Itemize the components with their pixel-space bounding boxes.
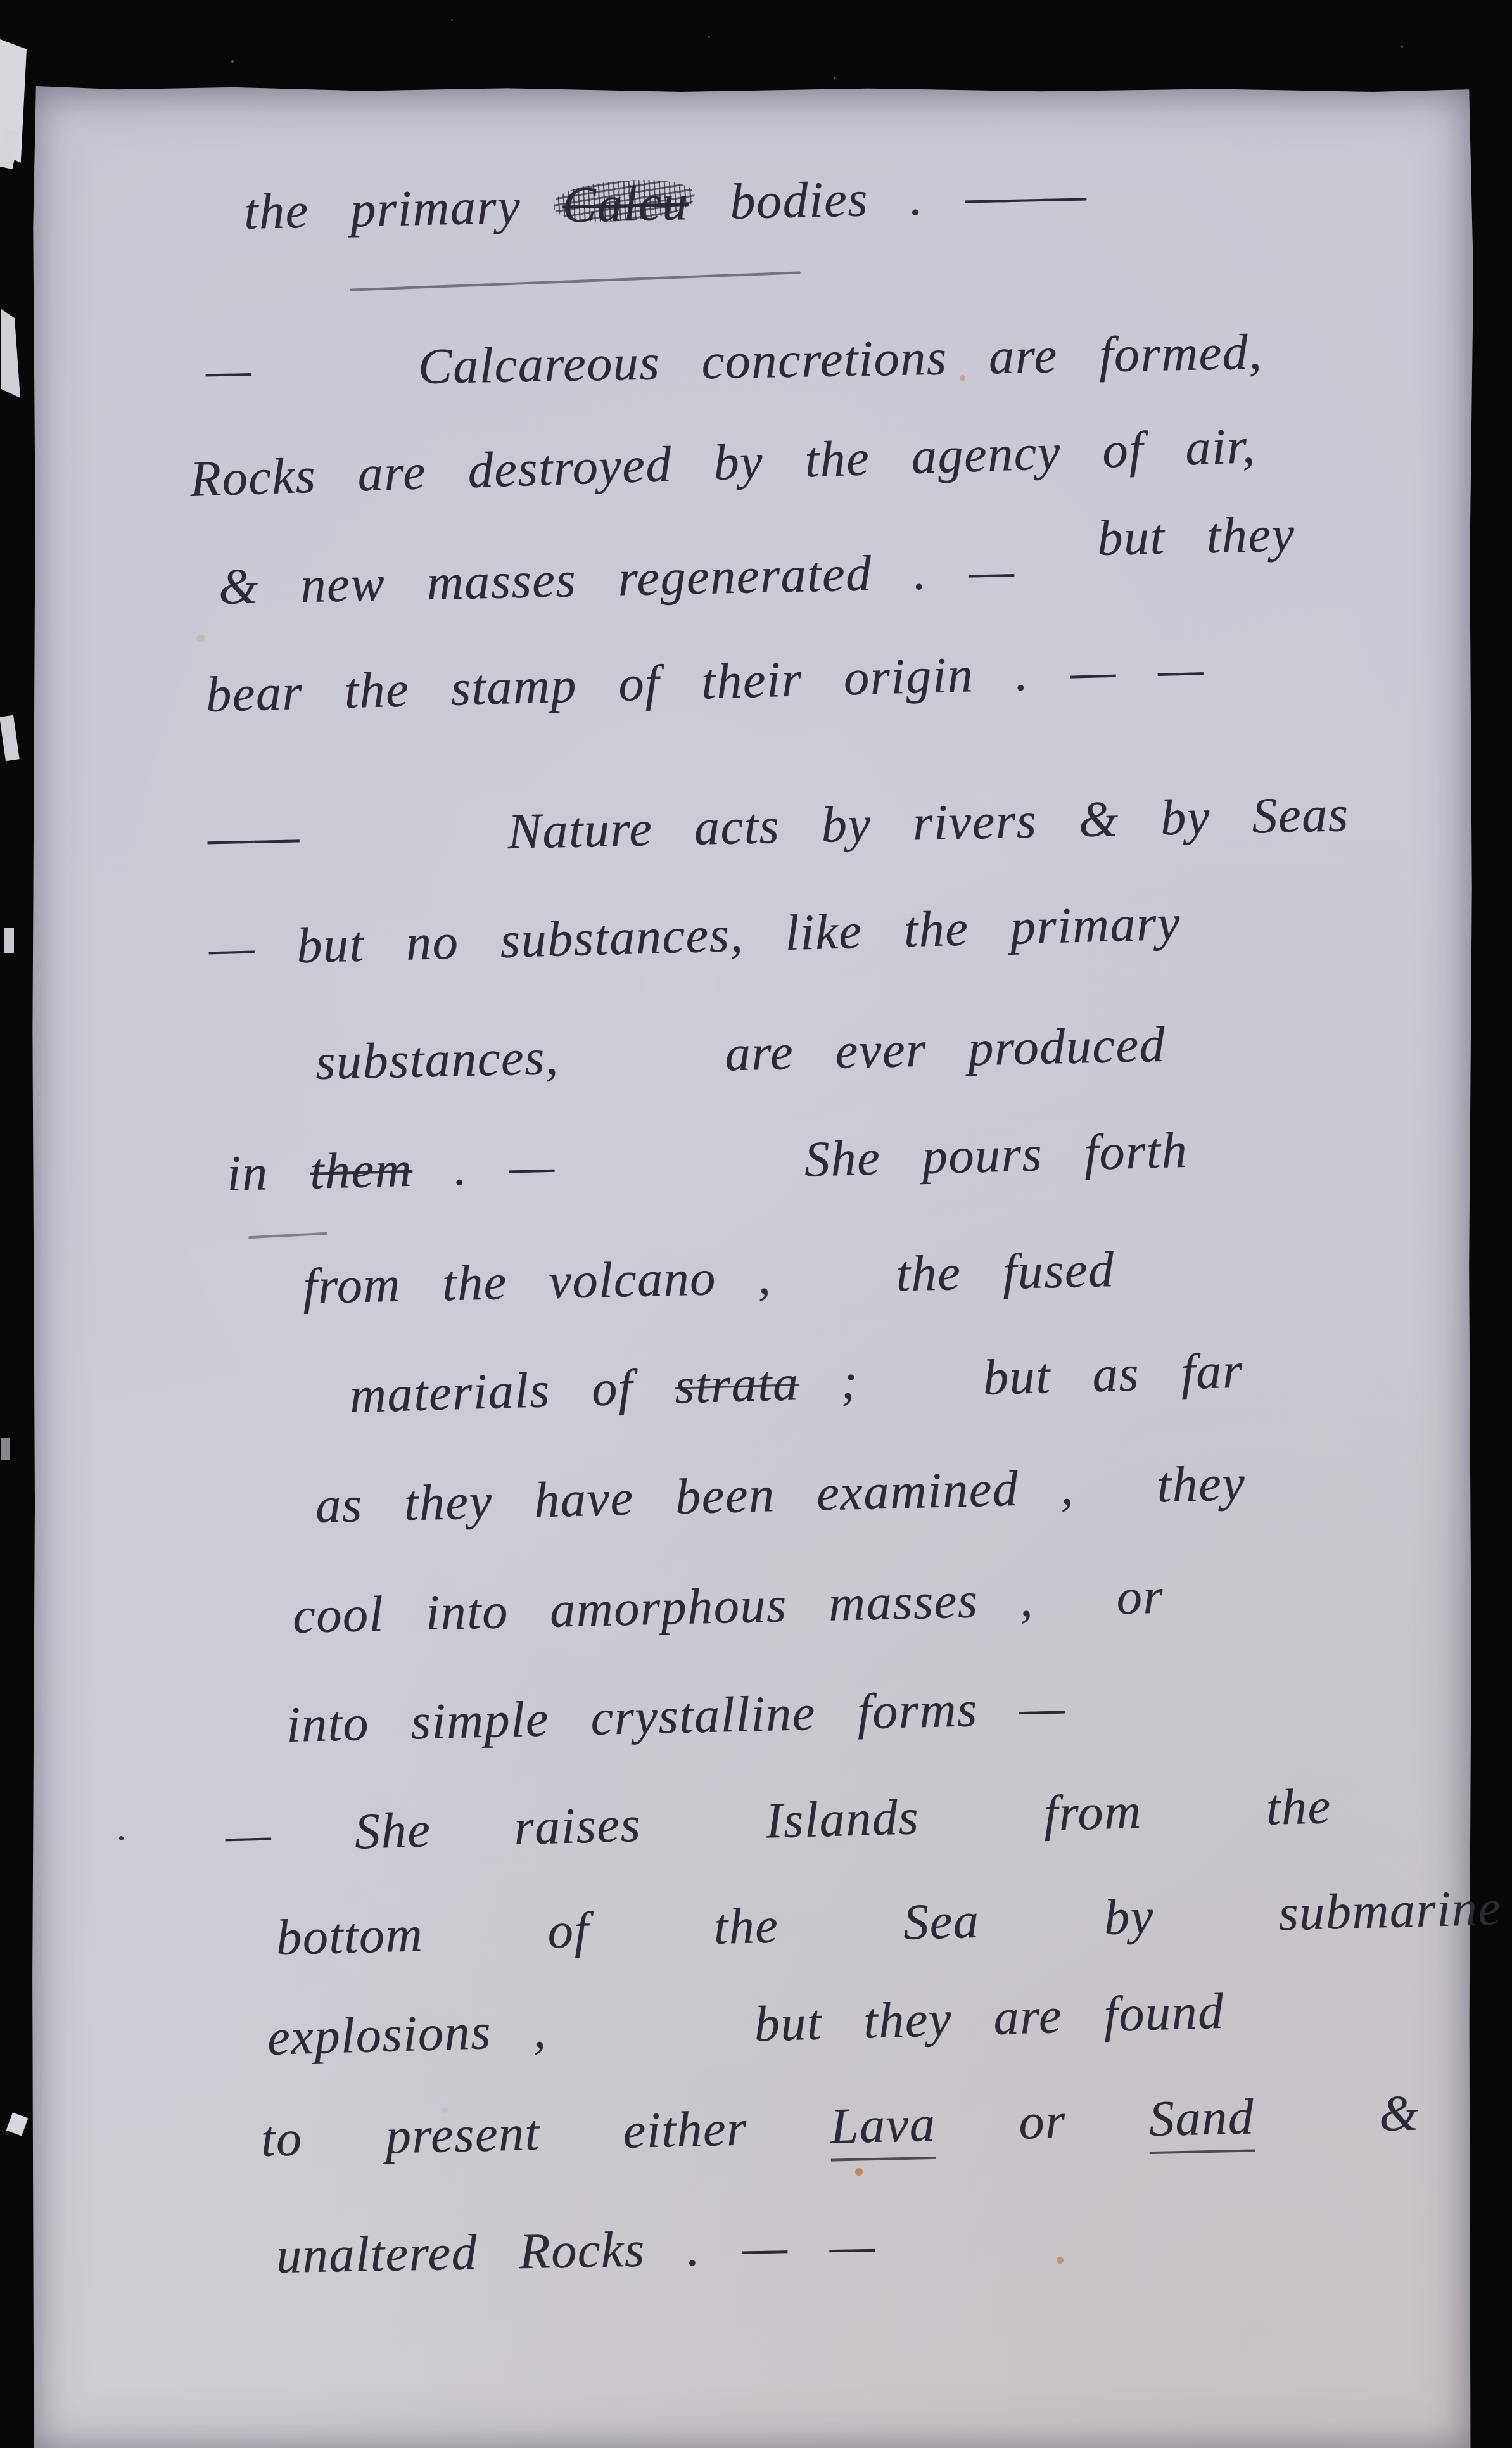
underlined-word: Lava (830, 2096, 937, 2162)
underlined-word: Sand (1148, 2089, 1255, 2154)
dust-speck (708, 36, 710, 38)
foxing-spot (1057, 2257, 1064, 2264)
body-text: to present either (260, 2099, 831, 2167)
interlined-words: but they (1096, 506, 1295, 566)
dust-speck (1401, 46, 1403, 48)
struck-word: them (309, 1142, 413, 1200)
manuscript-line: unaltered Rocks . — — (276, 2217, 876, 2285)
crossed-word: strata (674, 1355, 800, 1414)
dust-speck (231, 60, 234, 63)
dash-flourish: ——— (965, 167, 1080, 225)
body-text: materials of (349, 1359, 676, 1424)
adjacent-page-edge (1, 309, 20, 398)
foxing-spot (855, 2168, 863, 2176)
photograph-background: the primary Calcu bodies . ——— — Calcare… (0, 0, 1512, 2448)
title-text: bodies . (688, 169, 966, 231)
adjacent-page-edge (4, 928, 14, 953)
title-text: the primary (243, 177, 562, 240)
ink-dot (119, 1836, 124, 1840)
dust-speck (451, 19, 453, 21)
dust-speck (834, 77, 835, 79)
body-text: & (1254, 2086, 1420, 2145)
body-text: or (935, 2091, 1150, 2152)
foxing-spot (196, 635, 205, 642)
adjacent-page-edge (6, 2112, 29, 2136)
body-text: in (226, 1144, 310, 1202)
adjacent-page-edge (0, 715, 20, 761)
adjacent-page-edge (1, 1438, 10, 1460)
struck-out-word: Calcu (562, 175, 689, 233)
body-text: ; but as far (798, 1343, 1244, 1412)
